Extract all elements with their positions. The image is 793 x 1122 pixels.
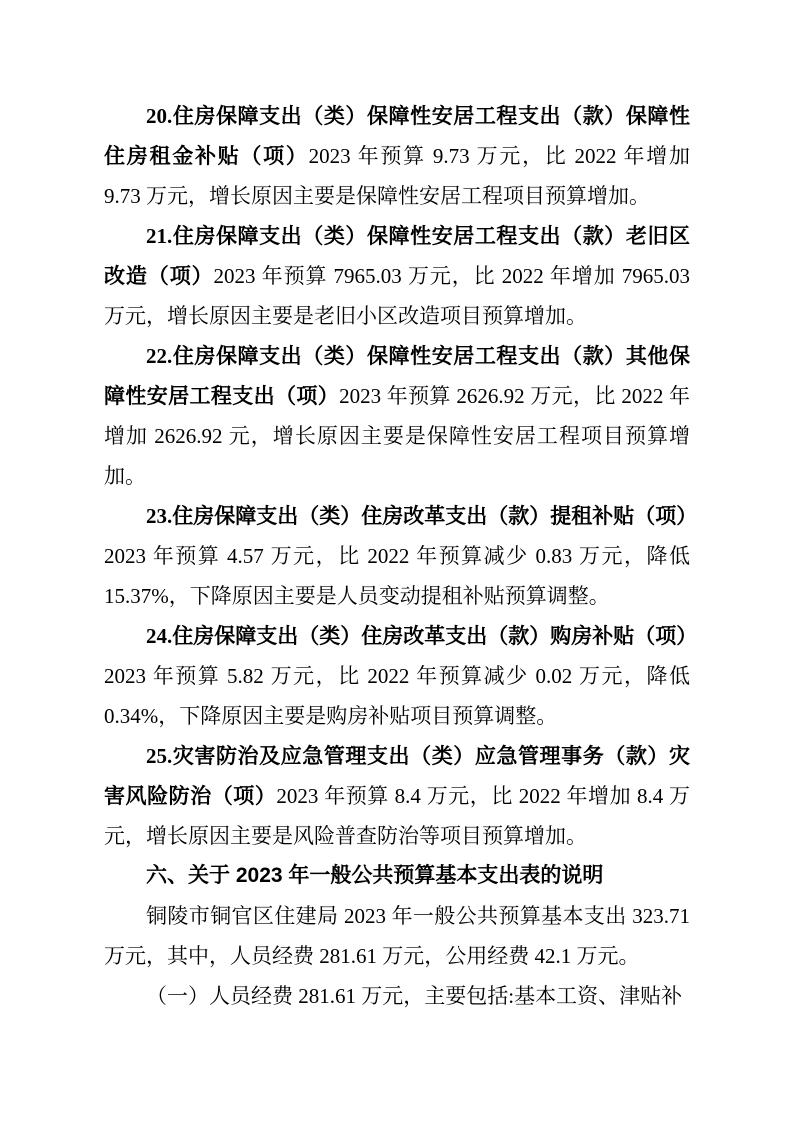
budget-item-23-text: 2023 年预算 4.57 万元，比 2022 年预算减少 0.83 万元，降低… bbox=[104, 544, 690, 608]
personnel-expense-line: （一）人员经费 281.61 万元，主要包括:基本工资、津贴补 bbox=[104, 976, 690, 1016]
budget-item-24: 24.住房保障支出（类）住房改革支出（款）购房补贴（项）2023 年预算 5.8… bbox=[104, 616, 690, 736]
budget-item-23: 23.住房保障支出（类）住房改革支出（款）提租补贴（项）2023 年预算 4.5… bbox=[104, 496, 690, 616]
budget-item-20: 20.住房保障支出（类）保障性安居工程支出（款）保障性住房租金补贴（项）2023… bbox=[104, 96, 690, 216]
basic-expense-summary: 铜陵市铜官区住建局 2023 年一般公共预算基本支出 323.71 万元，其中，… bbox=[104, 896, 690, 976]
document-page: 20.住房保障支出（类）保障性安居工程支出（款）保障性住房租金补贴（项）2023… bbox=[0, 0, 793, 1122]
budget-item-24-text: 2023 年预算 5.82 万元，比 2022 年预算减少 0.02 万元，降低… bbox=[104, 664, 690, 728]
budget-item-22: 22.住房保障支出（类）保障性安居工程支出（款）其他保障性安居工程支出（项）20… bbox=[104, 336, 690, 496]
budget-item-21: 21.住房保障支出（类）保障性安居工程支出（款）老旧区改造（项）2023 年预算… bbox=[104, 216, 690, 336]
budget-item-23-lead: 23.住房保障支出（类）住房改革支出（款）提租补贴（项） bbox=[146, 504, 697, 528]
budget-item-25: 25.灾害防治及应急管理支出（类）应急管理事务（款）灾害风险防治（项）2023 … bbox=[104, 736, 690, 856]
budget-item-24-lead: 24.住房保障支出（类）住房改革支出（款）购房补贴（项） bbox=[146, 624, 697, 648]
section-6-heading: 六、关于 2023 年一般公共预算基本支出表的说明 bbox=[104, 856, 690, 896]
document-content: 20.住房保障支出（类）保障性安居工程支出（款）保障性住房租金补贴（项）2023… bbox=[104, 96, 690, 1016]
